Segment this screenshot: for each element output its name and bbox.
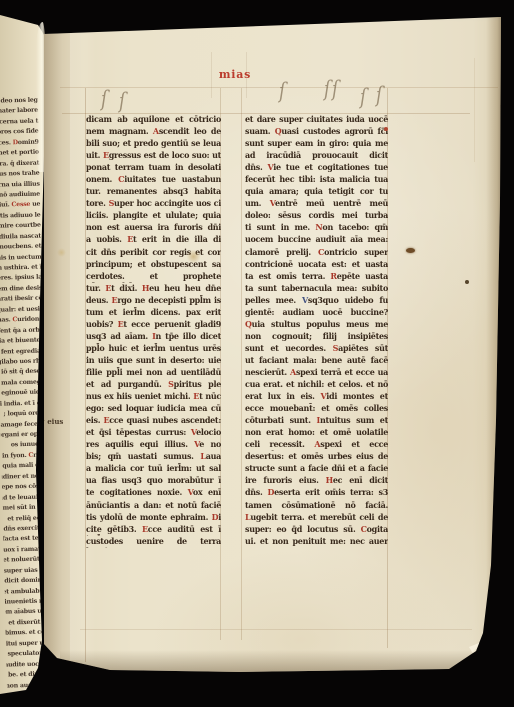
ascender-flourish: ſ <box>332 80 338 101</box>
parchment-stain <box>186 250 201 263</box>
parchment-stain <box>57 248 66 257</box>
ascender-flourish: ſ <box>324 80 330 101</box>
ascender-flourish: ſ <box>376 86 382 107</box>
manuscript-page: mias ſſſſſſſ dicam ab aquilone et cōtric… <box>0 0 514 707</box>
marginal-note-text: eius <box>47 417 63 426</box>
manuscript-photo: tida deo nos legne mater laboreadiscerna… <box>0 0 514 707</box>
page-edge-shadow-bottom <box>60 650 480 672</box>
insertion-mark: + <box>41 418 45 424</box>
ruling-line-horizontal <box>80 629 472 630</box>
marginal-note: +eius <box>41 417 63 426</box>
text-column-left: dicam ab aquilone et cōtricionem magnam.… <box>86 114 221 548</box>
red-fleck <box>384 127 388 131</box>
ruling-line-vertical <box>474 58 475 162</box>
text-column-right: et dare super ciuitates iuda uocēsuam. Q… <box>245 114 388 548</box>
page-edge-shadow-right <box>486 16 501 656</box>
running-title: mias <box>200 68 270 81</box>
ascender-flourish: ſ <box>119 92 125 113</box>
ink-blot <box>406 248 415 253</box>
ruling-line-vertical <box>241 88 242 640</box>
ascender-flourish: ſ <box>279 82 285 103</box>
ascender-flourish: ſ <box>101 90 107 111</box>
ascender-flourish: ſ <box>360 88 366 109</box>
ink-fleck <box>465 280 469 284</box>
